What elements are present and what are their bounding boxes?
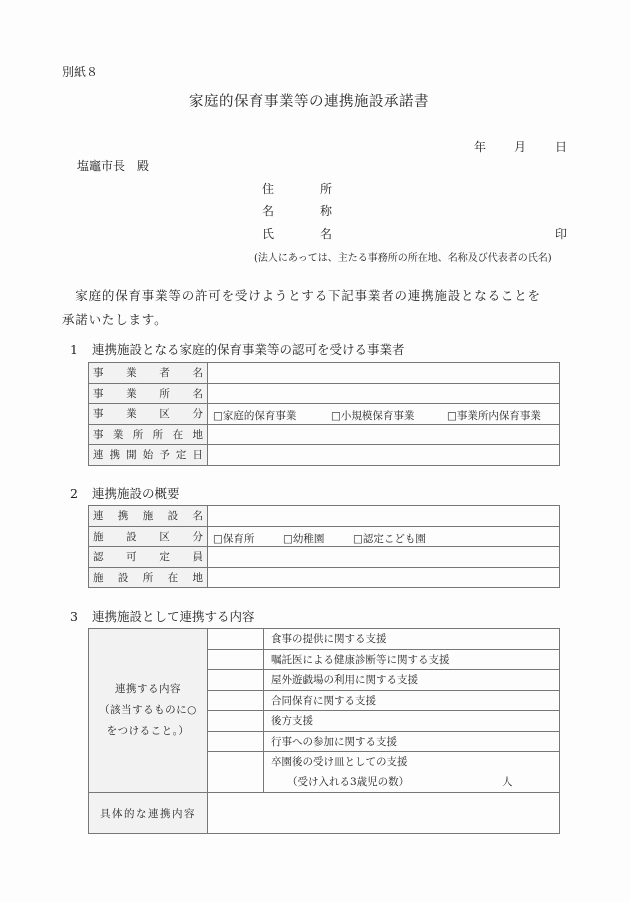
business-type-label: 事業区分 [89,404,208,425]
facility-type-label: 施設区分 [89,526,208,547]
mark-cell-playground[interactable] [208,670,264,691]
intro-paragraph: 家庭的保育事業等の許可を受けようとする下記事業者の連携施設となることを 承諾いた… [62,284,562,332]
checkbox-home-childcare[interactable]: □家庭的保育事業 [213,408,296,423]
table-row: 施設区分 □保育所 □幼稚園 □認定こども園 [89,526,560,547]
facility-type-options: □保育所 □幼稚園 □認定こども園 [208,526,560,547]
business-type-options: □家庭的保育事業 □小規模保育事業 □事業所内保育事業 [208,404,560,425]
table-row: 連携開始予定日 [89,445,560,466]
document-title: 家庭的保育事業等の連携施設承諾書 [189,95,429,110]
facility-table: 連携施設名 施設区分 □保育所 □幼稚園 □認定こども園 認可定員 施設所在地 [88,505,560,588]
table-row: 事業区分 □家庭的保育事業 □小規模保育事業 □事業所内保育事業 [89,404,560,425]
applicant-name-label: 名称 [262,205,332,217]
checkbox-certified-center[interactable]: □認定こども園 [353,531,426,546]
label-char: 氏 [262,228,274,240]
office-address-label: 事業所所在地 [89,424,208,445]
cooperation-content-label: 連携する内容 （該当するものに○ をつけること。） [89,629,208,793]
label-char: 名 [320,228,332,240]
date-year-label: 年 [474,141,486,153]
mark-cell-events[interactable] [208,731,264,752]
section-1-heading: 1連携施設となる家庭的保育事業等の認可を受ける事業者 [70,344,404,357]
seal-mark: 印 [555,228,567,240]
item-health-support: 嘱託医による健康診断等に関する支援 [264,649,560,670]
item-backup-support: 後方支援 [264,711,560,732]
operator-table: 事業者名 事業所名 事業区分 □家庭的保育事業 □小規模保育事業 □事業所内保育… [88,362,560,466]
intro-line-2: 承諾いたします。 [62,308,562,332]
checkbox-workplace-childcare[interactable]: □事業所内保育事業 [447,408,541,423]
table-row: 認可定員 [89,547,560,568]
mark-cell-graduation[interactable] [208,752,264,793]
section-number: 3 [70,609,78,624]
item-joint-childcare-support: 合同保育に関する支援 [264,690,560,711]
item-meal-support: 食事の提供に関する支援 [264,629,560,650]
graduation-count-label: （受け入れる3歳児の数） [287,776,409,788]
checkbox-nursery[interactable]: □保育所 [213,531,254,546]
table-row: 連携する内容 （該当するものに○ をつけること。） 食事の提供に関する支援 [89,629,560,650]
facility-name-field[interactable] [208,506,560,527]
facility-address-label: 施設所在地 [89,567,208,588]
graduation-count-row: （受け入れる3歳児の数） 人 [271,772,559,792]
section-2-heading: 2連携施設の概要 [70,488,179,501]
applicant-person-label: 氏名 [262,228,332,240]
item-graduation-support: 卒園後の受け皿としての支援 （受け入れる3歳児の数） 人 [264,752,560,793]
label-char: 住 [262,183,274,195]
graduation-support-label: 卒園後の受け皿としての支援 [271,752,559,772]
attachment-label: 別紙８ [62,66,98,78]
detail-label: 具体的な連携内容 [89,793,208,834]
capacity-field[interactable] [208,547,560,568]
mark-cell-meal[interactable] [208,629,264,650]
table-row: 事業所所在地 [89,424,560,445]
mark-cell-backup[interactable] [208,711,264,732]
office-name-field[interactable] [208,383,560,404]
checkbox-small-childcare[interactable]: □小規模保育事業 [331,408,414,423]
section-3-heading: 3連携施設として連携する内容 [70,611,254,624]
capacity-label: 認可定員 [89,547,208,568]
intro-line-1: 家庭的保育事業等の許可を受けようとする下記事業者の連携施設となることを [62,284,562,308]
table-row: 事業所名 [89,383,560,404]
applicant-address-label: 住所 [262,183,332,195]
mark-cell-joint[interactable] [208,690,264,711]
operator-name-field[interactable] [208,363,560,384]
label-char: 所 [320,183,332,195]
cooperation-table: 連携する内容 （該当するものに○ をつけること。） 食事の提供に関する支援 嘱託… [88,628,560,834]
section-number: 2 [70,486,78,501]
table-row: 施設所在地 [89,567,560,588]
label-char: 名 [262,205,274,217]
table-row: 具体的な連携内容 [89,793,560,834]
mark-cell-health[interactable] [208,649,264,670]
facility-name-label: 連携施設名 [89,506,208,527]
date-day-label: 日 [555,141,567,153]
section-title: 連携施設となる家庭的保育事業等の認可を受ける事業者 [92,342,405,357]
office-name-label: 事業所名 [89,383,208,404]
item-events-support: 行事への参加に関する支援 [264,731,560,752]
date-month-label: 月 [514,141,526,153]
office-address-field[interactable] [208,424,560,445]
detail-field[interactable] [208,793,560,834]
facility-address-field[interactable] [208,567,560,588]
section-title: 連携施設の概要 [92,486,180,501]
section-number: 1 [70,342,78,357]
item-playground-support: 屋外遊戯場の利用に関する支援 [264,670,560,691]
table-row: 事業者名 [89,363,560,384]
addressee: 塩竈市長 殿 [77,160,149,172]
table-row: 連携施設名 [89,506,560,527]
checkbox-kindergarten[interactable]: □幼稚園 [283,531,324,546]
start-date-label: 連携開始予定日 [89,445,208,466]
start-date-field[interactable] [208,445,560,466]
graduation-count-unit: 人 [502,772,513,792]
label-char: 称 [320,205,332,217]
section-title: 連携施設として連携する内容 [92,609,255,624]
applicant-note: (法人にあっては、主たる事務所の所在地、名称及び代表者の氏名) [254,254,552,264]
operator-name-label: 事業者名 [89,363,208,384]
